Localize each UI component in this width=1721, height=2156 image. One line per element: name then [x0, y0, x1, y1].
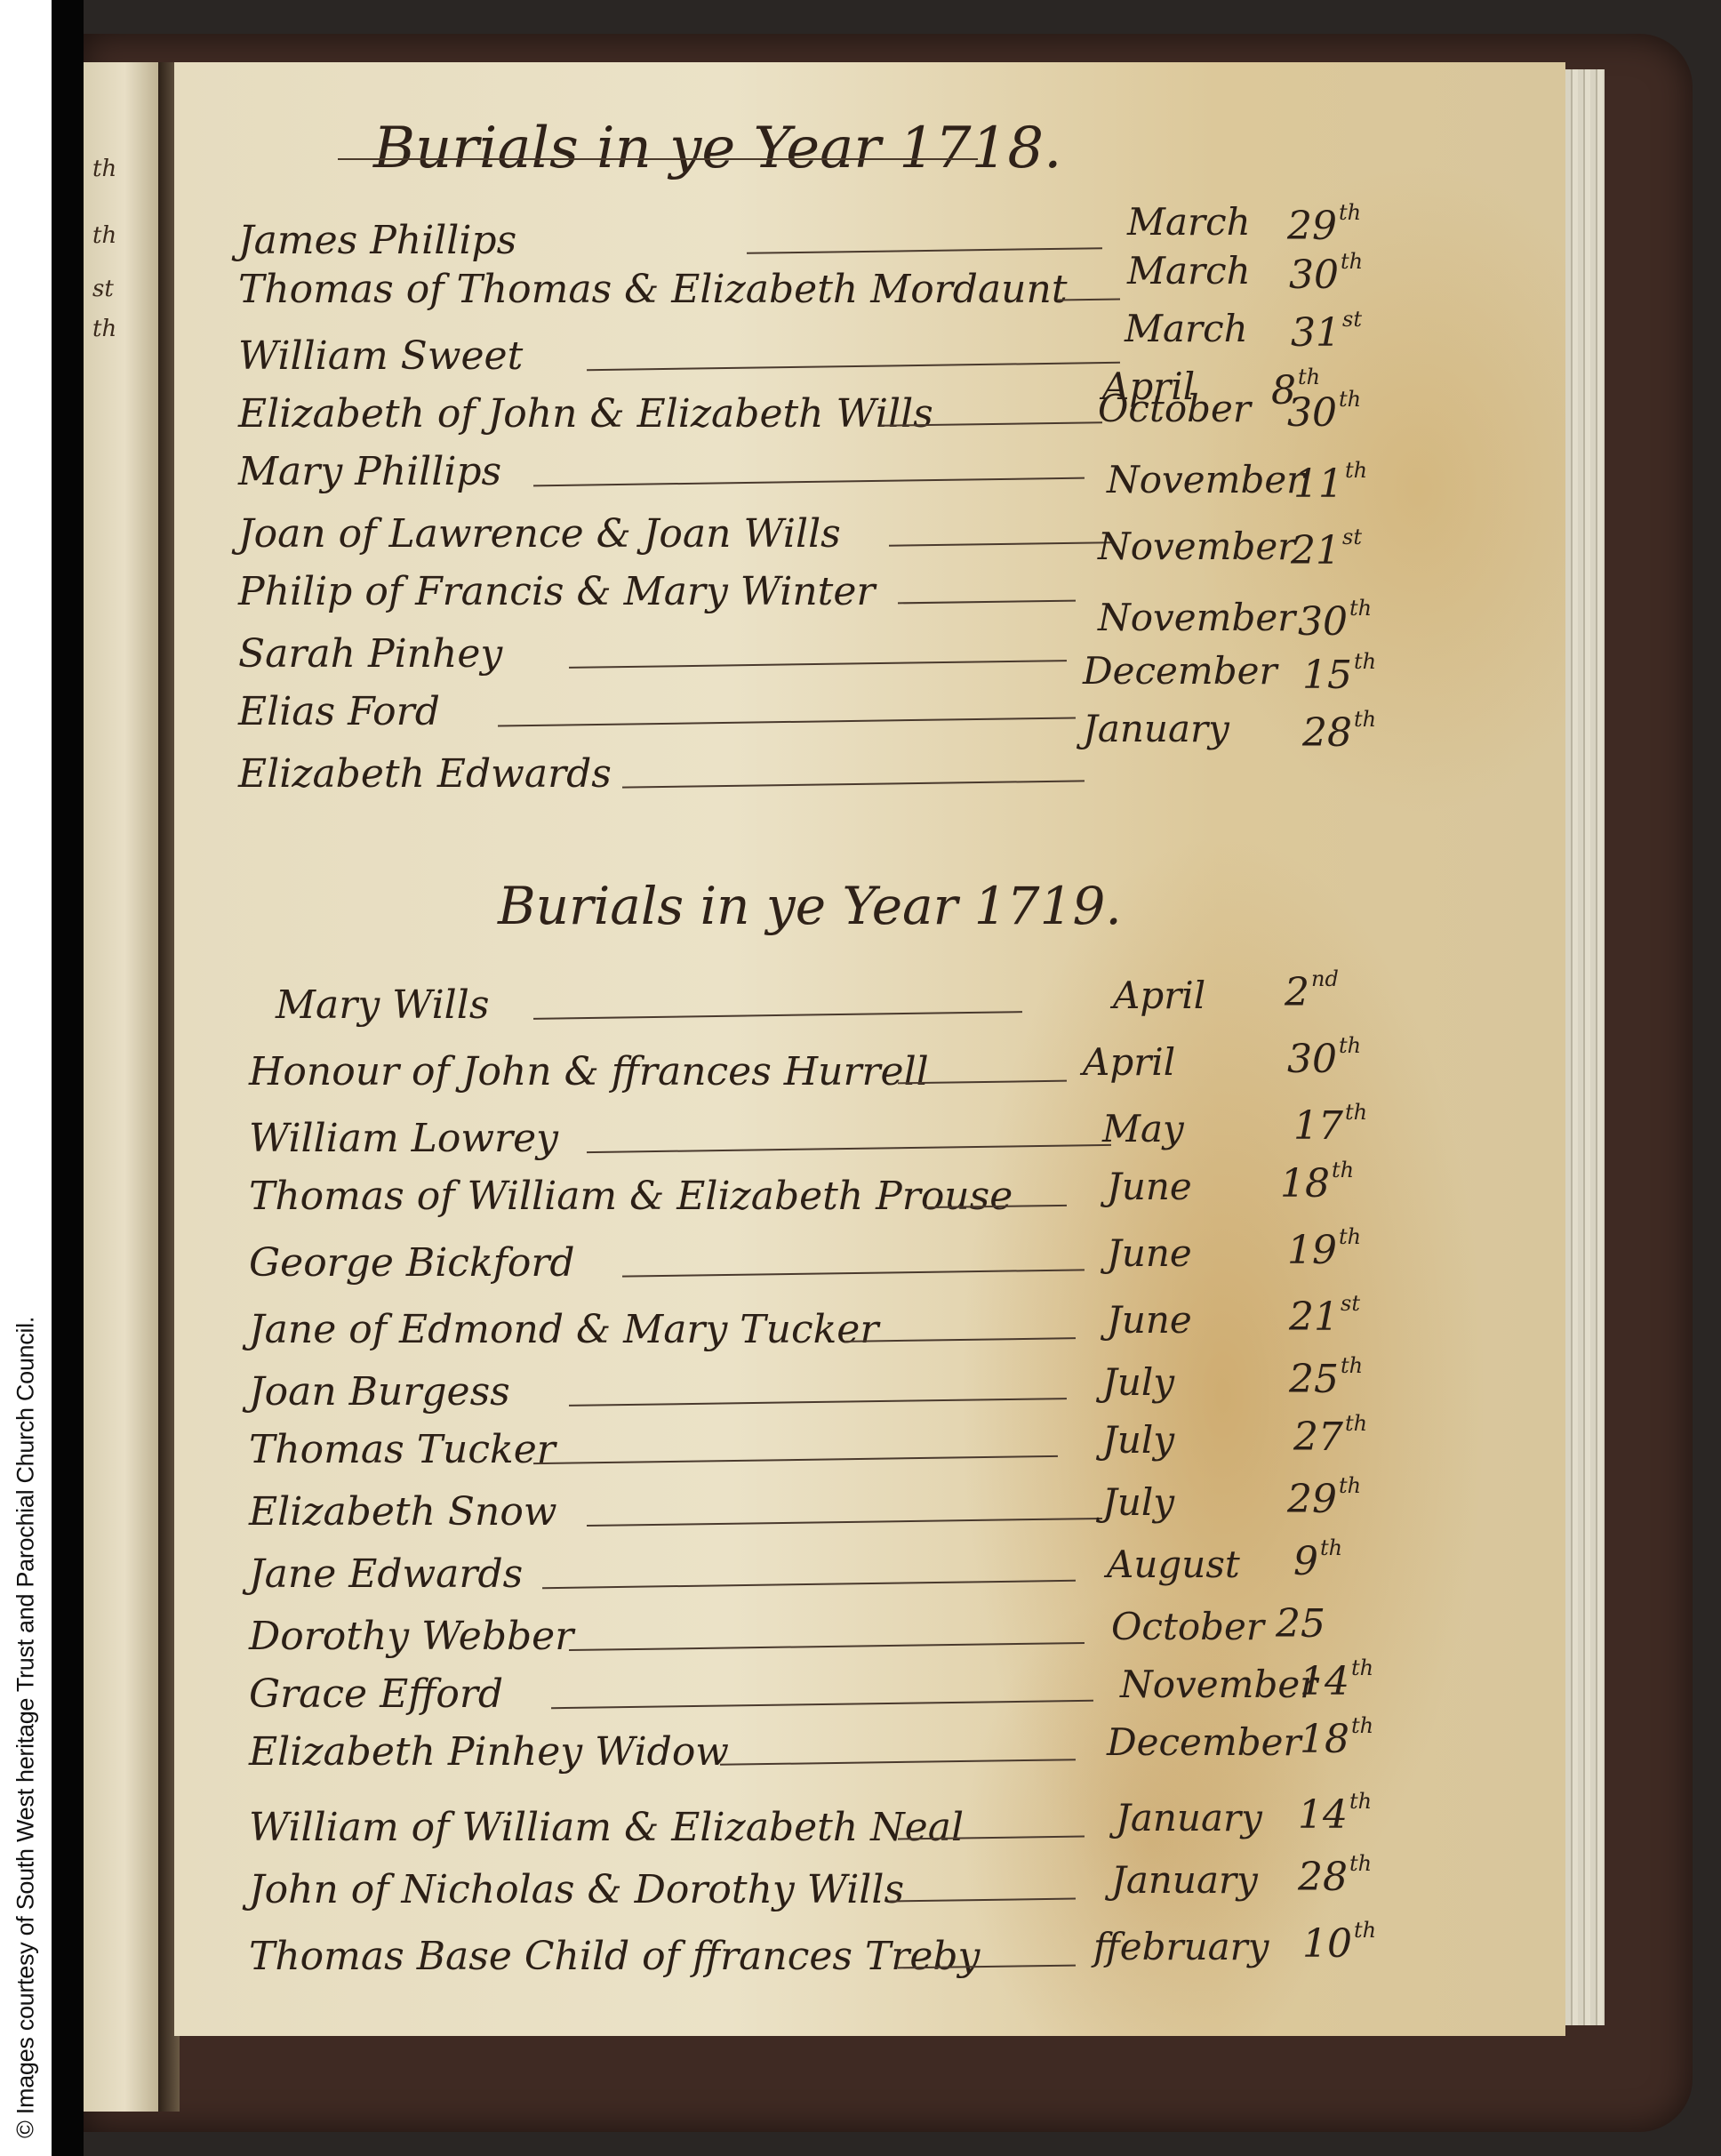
burial-day: 9th: [1293, 1535, 1342, 1584]
day-suffix: th: [1341, 1353, 1363, 1378]
day-number: 21: [1291, 528, 1341, 573]
burial-entry: William LowreyMay17th: [0, 1116, 1721, 1169]
deceased-name: William of William & Elizabeth Neal: [249, 1805, 964, 1850]
leader-line: [587, 1518, 1102, 1527]
day-number: 9: [1293, 1539, 1318, 1584]
leader-line: [889, 1898, 1076, 1903]
burial-month: May: [1102, 1107, 1184, 1150]
day-number: 15: [1302, 653, 1352, 698]
leader-line: [720, 1759, 1076, 1766]
burial-entry: Thomas of Thomas & Elizabeth MordauntMar…: [0, 267, 1721, 320]
day-number: 18: [1300, 1717, 1349, 1762]
burial-entry: Joan of Lawrence & Joan WillsNovember11t…: [0, 511, 1721, 565]
burial-entry: John of Nicholas & Dorothy WillsJanuary2…: [0, 1867, 1721, 1920]
burial-day: 30th: [1287, 387, 1361, 436]
day-suffix: th: [1354, 1918, 1376, 1943]
leader-line: [1058, 299, 1120, 301]
burial-day: 27th: [1293, 1411, 1367, 1460]
deceased-name: James Phillips: [238, 218, 516, 263]
burial-entry: Elizabeth EdwardsJanuary28th: [0, 751, 1721, 805]
burial-day: 30th: [1287, 1033, 1361, 1082]
deceased-name: Philip of Francis & Mary Winter: [238, 569, 875, 614]
deceased-name: Thomas Base Child of ffrances Treby: [249, 1934, 980, 1979]
day-suffix: th: [1354, 649, 1376, 674]
day-number: 28: [1298, 1855, 1348, 1900]
burial-day: 28th: [1298, 1851, 1372, 1900]
burial-month: June: [1107, 1298, 1192, 1342]
burial-day: 25th: [1289, 1353, 1363, 1402]
burial-month: November: [1120, 1663, 1317, 1706]
deceased-name: Grace Efford: [249, 1671, 503, 1717]
day-number: 27: [1293, 1415, 1343, 1460]
day-number: 17: [1293, 1103, 1343, 1149]
burial-entry: Elizabeth of John & Elizabeth WillsApril…: [0, 391, 1721, 445]
burial-day: 18th: [1300, 1713, 1373, 1762]
burial-month: July: [1102, 1480, 1174, 1524]
burial-month: October: [1111, 1605, 1264, 1648]
heading-underline: [338, 158, 978, 160]
burial-day: 29th: [1287, 1473, 1361, 1522]
day-suffix: st: [1342, 525, 1362, 549]
deceased-name: Elias Ford: [238, 689, 440, 734]
leader-line: [587, 1144, 1111, 1153]
burial-day: 14th: [1300, 1655, 1373, 1704]
day-number: 2: [1285, 970, 1309, 1015]
day-number: 30: [1298, 599, 1348, 645]
day-suffix: th: [1349, 596, 1372, 621]
day-number: 11: [1293, 461, 1343, 507]
burial-month: December: [1083, 649, 1277, 693]
day-number: 30: [1289, 252, 1339, 298]
day-suffix: st: [1341, 1291, 1360, 1316]
burial-entry: Jane of Edmond & Mary TuckerJune21st: [0, 1307, 1721, 1360]
burial-day: 29th: [1287, 200, 1361, 249]
day-suffix: nd: [1311, 966, 1339, 991]
deceased-name: William Lowrey: [249, 1116, 558, 1161]
burial-month: December: [1107, 1720, 1301, 1764]
deceased-name: Thomas Tucker: [249, 1427, 556, 1472]
deceased-name: Mary Phillips: [238, 449, 501, 494]
leader-line: [533, 1455, 1058, 1464]
burial-day: 30th: [1298, 596, 1372, 645]
day-number: 10: [1302, 1921, 1352, 1967]
burial-entry: Elias FordDecember15th: [0, 689, 1721, 742]
burial-entry: Dorothy WebberOctober25: [0, 1614, 1721, 1667]
day-suffix: th: [1345, 458, 1367, 483]
leader-line: [622, 780, 1085, 788]
day-suffix: th: [1345, 1411, 1367, 1436]
day-suffix: th: [1339, 200, 1361, 225]
burial-day: 10th: [1302, 1918, 1376, 1967]
burial-month: January: [1111, 1858, 1258, 1902]
burial-day: 31st: [1291, 307, 1362, 356]
day-number: 31: [1291, 310, 1341, 356]
day-number: 25: [1276, 1601, 1325, 1647]
day-suffix: th: [1320, 1535, 1342, 1560]
leader-line: [587, 362, 1120, 371]
day-number: 29: [1287, 204, 1337, 249]
burial-month: November: [1098, 596, 1295, 639]
burial-month: June: [1107, 1165, 1192, 1208]
burial-entry: Joan BurgessJuly25th: [0, 1369, 1721, 1423]
deceased-name: Dorothy Webber: [249, 1614, 573, 1659]
deceased-name: Thomas of William & Elizabeth Prouse: [249, 1174, 1013, 1219]
leader-line: [569, 1642, 1085, 1651]
burial-month: June: [1107, 1231, 1192, 1275]
burial-month: April: [1083, 1040, 1175, 1084]
burial-entry: Sarah PinheyNovember30th: [0, 631, 1721, 685]
burial-day: 30th: [1289, 249, 1363, 298]
burial-day: 15th: [1302, 649, 1376, 698]
day-number: 28: [1302, 710, 1352, 756]
deceased-name: Jane of Edmond & Mary Tucker: [249, 1307, 878, 1352]
day-suffix: th: [1339, 1473, 1361, 1498]
burial-month: January: [1116, 1796, 1262, 1839]
day-number: 14: [1298, 1792, 1348, 1838]
day-number: 30: [1287, 1037, 1337, 1082]
leader-line: [533, 1011, 1022, 1020]
burial-month: March: [1127, 249, 1251, 293]
burial-day: 19th: [1287, 1224, 1361, 1273]
burial-month: November: [1107, 458, 1304, 501]
burial-entry: Thomas TuckerJuly27th: [0, 1427, 1721, 1480]
day-suffix: th: [1339, 1033, 1361, 1058]
leader-line: [551, 1700, 1093, 1710]
leader-line: [569, 660, 1067, 669]
day-suffix: th: [1349, 1789, 1372, 1814]
day-suffix: th: [1351, 1655, 1373, 1680]
burial-day: 2nd: [1285, 966, 1339, 1015]
burial-entry: William SweetMarch31st: [0, 333, 1721, 387]
burial-month: July: [1102, 1360, 1174, 1404]
burial-month: January: [1083, 707, 1229, 750]
leader-line: [889, 541, 1111, 546]
burial-entry: Elizabeth SnowJuly29th: [0, 1489, 1721, 1543]
day-suffix: st: [1342, 307, 1362, 332]
burial-day: 17th: [1293, 1100, 1367, 1149]
leader-line: [498, 717, 1076, 726]
burial-day: 25: [1276, 1598, 1327, 1647]
burial-entry: Mary PhillipsOctober30th: [0, 449, 1721, 502]
burial-month: ffebruary: [1093, 1925, 1269, 1968]
day-number: 29: [1287, 1477, 1337, 1522]
deceased-name: Honour of John & ffrances Hurrell: [249, 1049, 929, 1094]
day-number: 14: [1300, 1659, 1349, 1704]
day-suffix: th: [1339, 1224, 1361, 1249]
burial-day: 11th: [1293, 458, 1367, 507]
burial-entry: Mary WillsApril2nd: [0, 982, 1721, 1036]
deceased-name: Elizabeth of John & Elizabeth Wills: [238, 391, 933, 437]
deceased-name: Elizabeth Pinhey Widow: [249, 1729, 729, 1775]
burial-entry: Jane EdwardsAugust9th: [0, 1551, 1721, 1605]
burial-entry: Elizabeth Pinhey WidowDecember18th: [0, 1729, 1721, 1783]
burial-day: 18th: [1280, 1158, 1354, 1206]
burial-day: 21st: [1291, 525, 1362, 573]
burial-month: November: [1098, 525, 1295, 568]
burial-day: 14th: [1298, 1789, 1372, 1838]
leader-line: [898, 600, 1076, 605]
burial-month: October: [1098, 387, 1251, 430]
day-suffix: th: [1345, 1100, 1367, 1125]
deceased-name: Thomas of Thomas & Elizabeth Mordaunt: [238, 267, 1068, 312]
burial-month: August: [1107, 1543, 1240, 1586]
day-suffix: th: [1332, 1158, 1354, 1182]
deceased-name: Joan Burgess: [249, 1369, 510, 1415]
leader-line: [533, 477, 1085, 487]
burial-entry: Honour of John & ffrances HurrellApril30…: [0, 1049, 1721, 1102]
leader-line: [844, 1337, 1076, 1342]
deceased-name: William Sweet: [238, 333, 523, 379]
burial-entry: Philip of Francis & Mary WinterNovember2…: [0, 569, 1721, 622]
day-suffix: th: [1349, 1851, 1372, 1876]
deceased-name: Joan of Lawrence & Joan Wills: [238, 511, 841, 557]
leader-line: [622, 1269, 1085, 1277]
burial-entry: James PhillipsMarch29th: [0, 218, 1721, 271]
burial-entry: Thomas of William & Elizabeth ProuseJune…: [0, 1174, 1721, 1227]
day-suffix: th: [1341, 249, 1363, 274]
day-number: 18: [1280, 1161, 1330, 1206]
deceased-name: Elizabeth Edwards: [238, 751, 612, 797]
burial-month: April: [1113, 974, 1205, 1017]
day-number: 19: [1287, 1228, 1337, 1273]
deceased-name: Elizabeth Snow: [249, 1489, 557, 1535]
burial-month: March: [1125, 307, 1248, 350]
leader-line: [747, 247, 1102, 254]
leader-line: [542, 1580, 1076, 1589]
burial-entry: Thomas Base Child of ffrances Trebyffebr…: [0, 1934, 1721, 1987]
deceased-name: John of Nicholas & Dorothy Wills: [249, 1867, 904, 1912]
day-suffix: th: [1298, 365, 1320, 389]
facing-page-fragment: th: [92, 156, 116, 182]
section-heading-1718: Burials in ye Year 1718.: [373, 116, 1061, 181]
day-suffix: th: [1354, 707, 1376, 732]
burial-entry: Grace EffordNovember14th: [0, 1671, 1721, 1725]
deceased-name: Sarah Pinhey: [238, 631, 502, 677]
burial-day: 28th: [1302, 707, 1376, 756]
deceased-name: George Bickford: [249, 1240, 575, 1286]
day-suffix: th: [1351, 1713, 1373, 1738]
day-number: 25: [1289, 1357, 1339, 1402]
leader-line: [569, 1398, 1067, 1407]
deceased-name: Mary Wills: [276, 982, 489, 1028]
burial-entry: William of William & Elizabeth NealJanua…: [0, 1805, 1721, 1858]
burial-month: July: [1102, 1418, 1174, 1462]
day-suffix: th: [1339, 387, 1361, 412]
section-heading-1719: Burials in ye Year 1719.: [498, 876, 1122, 936]
burial-day: 21st: [1289, 1291, 1360, 1340]
burial-entry: George BickfordJune19th: [0, 1240, 1721, 1294]
burial-month: March: [1127, 200, 1251, 244]
day-number: 21: [1289, 1294, 1339, 1340]
deceased-name: Jane Edwards: [249, 1551, 523, 1597]
day-number: 30: [1287, 390, 1337, 436]
